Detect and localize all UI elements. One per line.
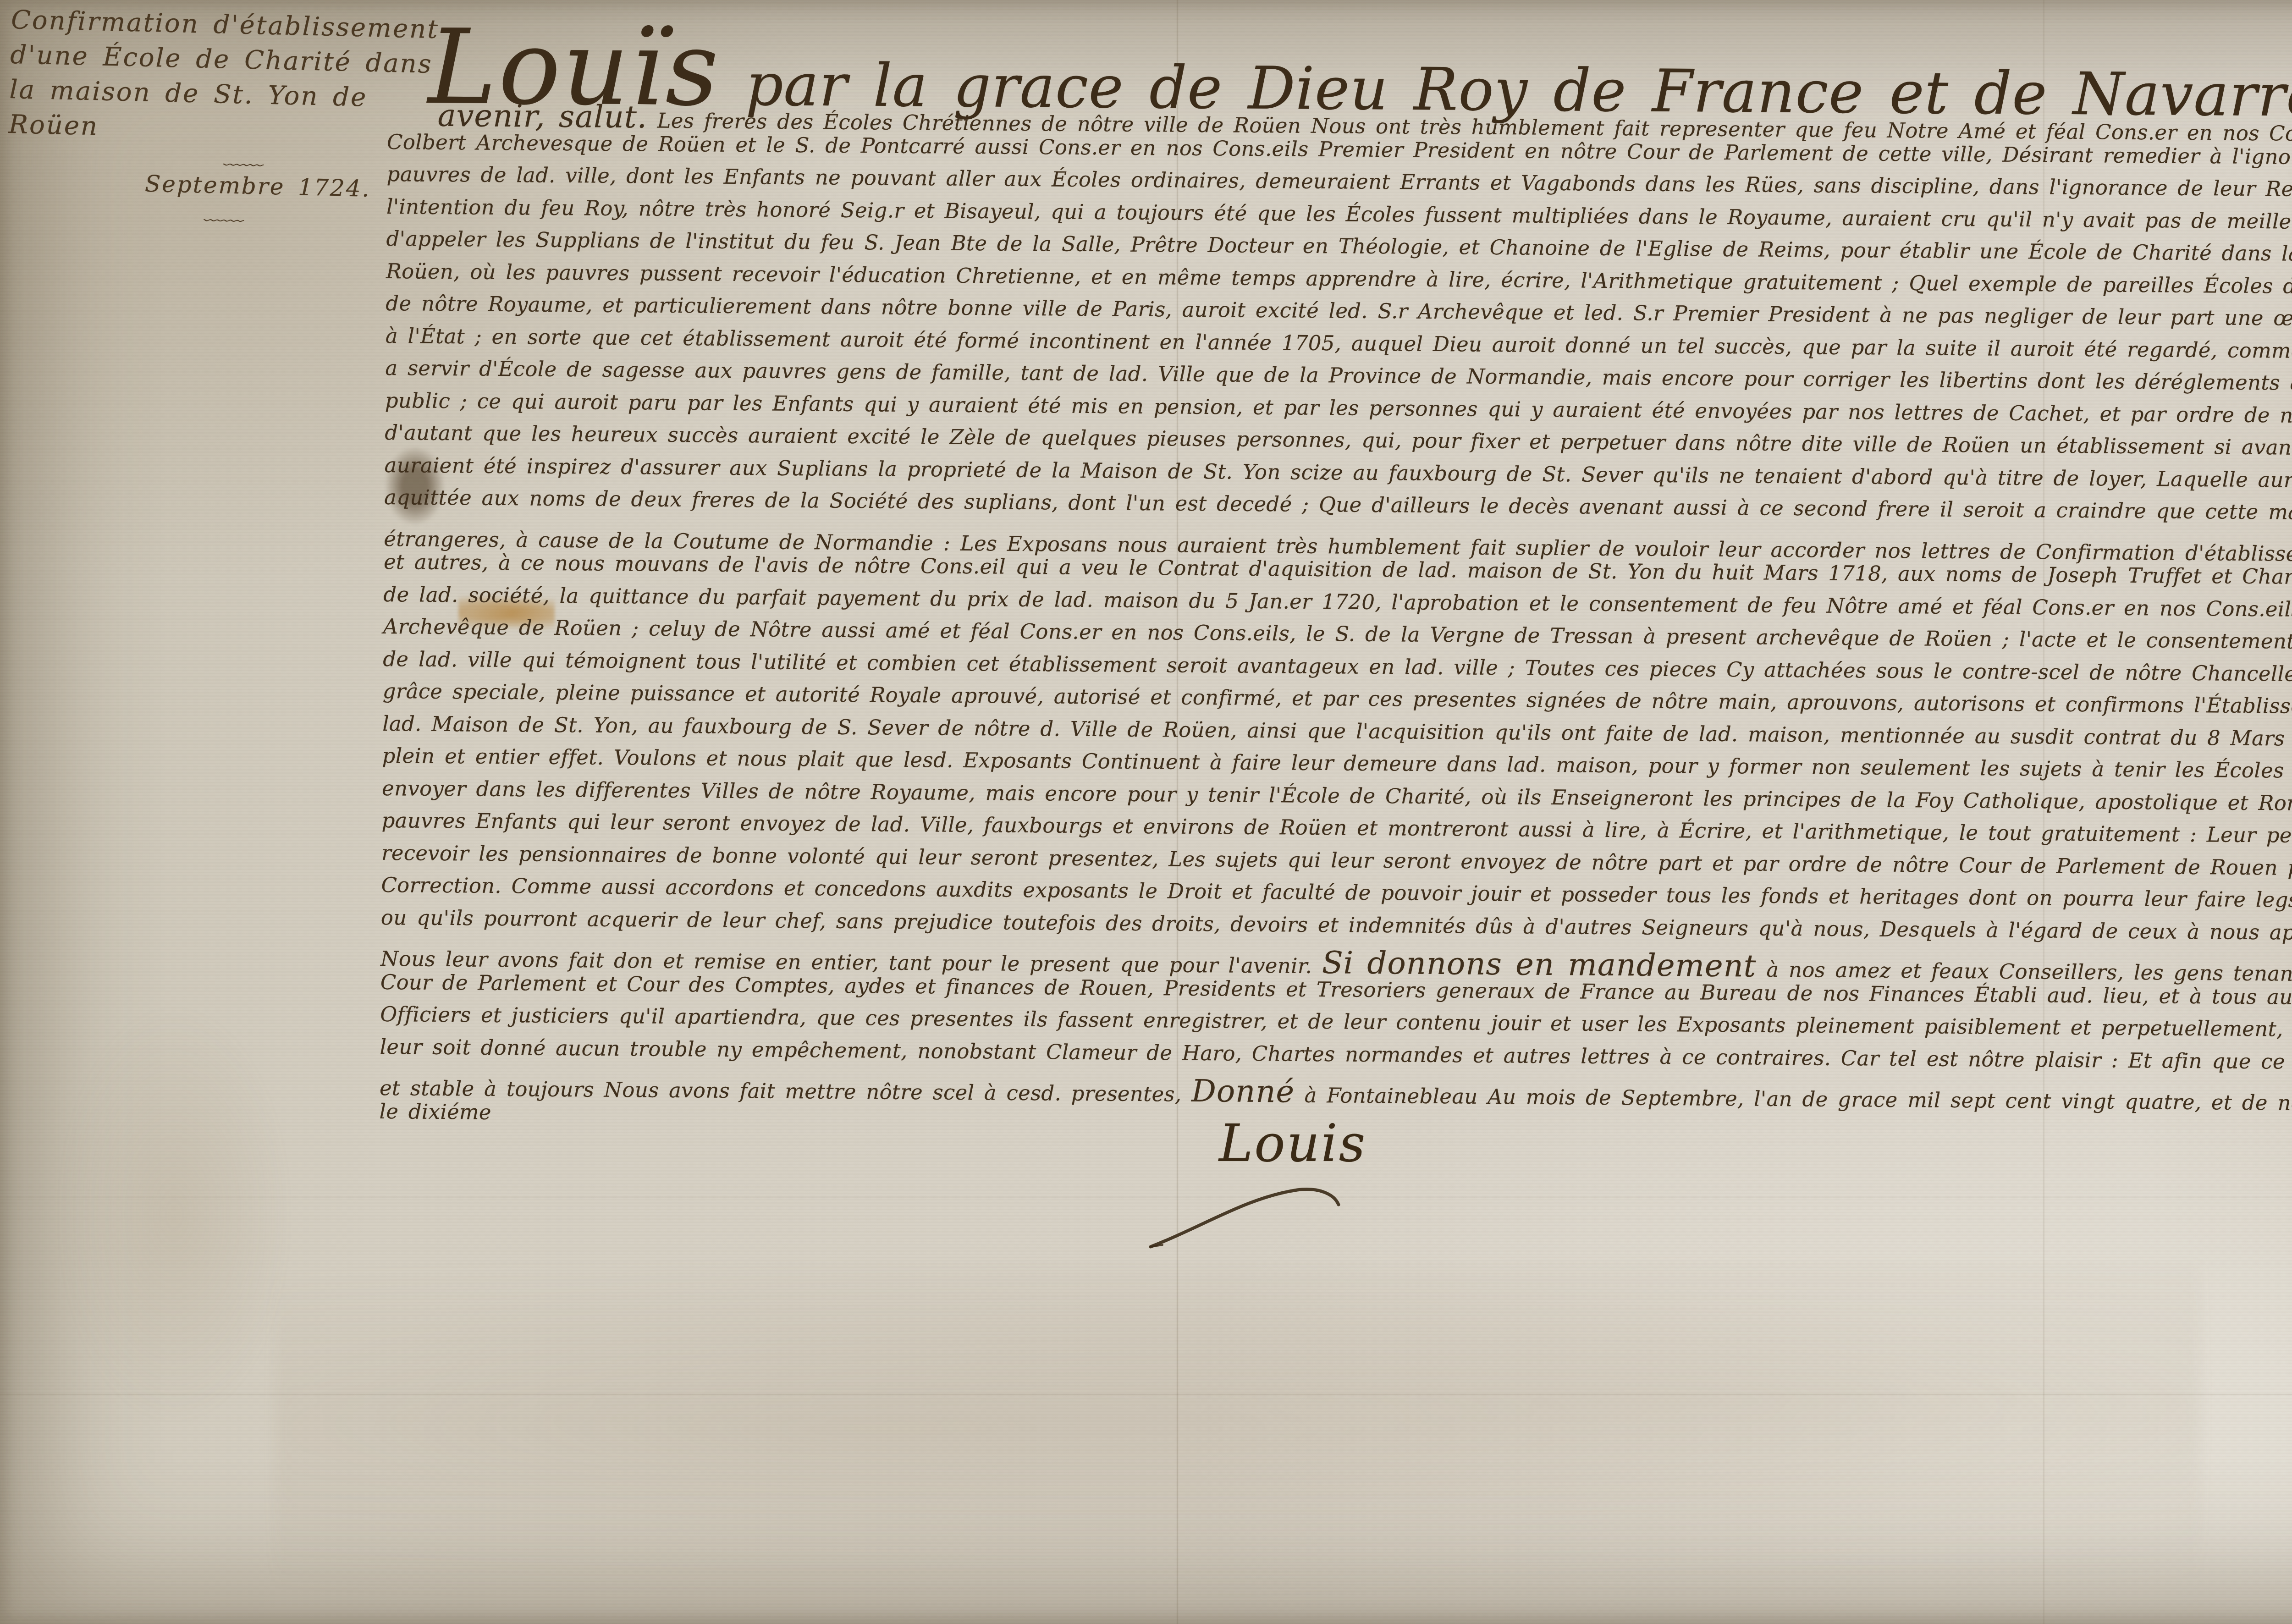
bottom-mottling	[275, 1265, 2200, 1595]
emphasized-phrase: avenir, salut.	[437, 98, 647, 135]
fold-crease	[0, 1393, 2292, 1395]
royal-signature: Louis	[1155, 1114, 1430, 1173]
body-lines: avenir, salut. Les freres des Écoles Chr…	[379, 97, 2292, 1148]
parchment-document: Confirmation d'établissement d'une École…	[0, 0, 2292, 1624]
signature-flourish	[1132, 1173, 1371, 1274]
emphasized-phrase: Donné	[1191, 1073, 1295, 1110]
left-mottling	[60, 1008, 289, 1421]
line-text: le dixiéme	[379, 1099, 491, 1124]
